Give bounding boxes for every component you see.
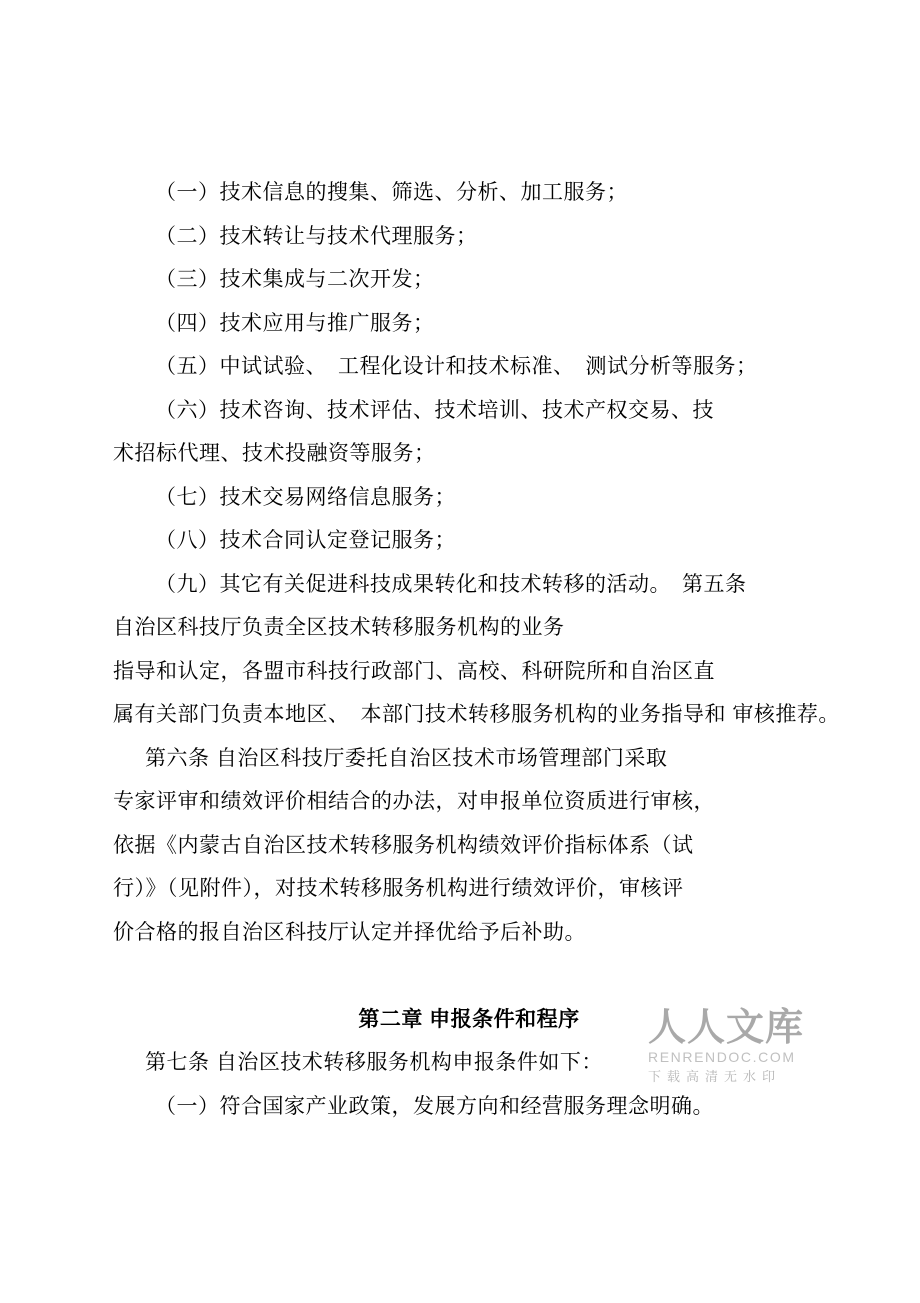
body-line: 属有关部门负责本地区、 本部门技术转移服务机构的业务指导和 审核推荐。: [113, 693, 825, 737]
body-line: 依据《内蒙古自治区技术转移服务机构绩效评价指标体系（试: [113, 824, 825, 868]
list-item-line: （一）符合国家产业政策，发展方向和经营服务理念明确。: [113, 1085, 825, 1129]
list-item-line: （三）技术集成与二次开发；: [113, 258, 825, 302]
article-line: 第六条 自治区科技厅委托自治区技术市场管理部门采取: [113, 737, 825, 781]
list-item-line: （二）技术转让与技术代理服务；: [113, 215, 825, 259]
body-line: 自治区科技厅负责全区技术转移服务机构的业务: [113, 606, 825, 650]
body-line: 指导和认定，各盟市科技行政部门、高校、科研院所和自治区直: [113, 650, 825, 694]
list-item-line: （五）中试试验、 工程化设计和技术标准、 测试分析等服务；: [113, 345, 825, 389]
list-item-line: （九）其它有关促进科技成果转化和技术转移的活动。 第五条: [113, 563, 825, 607]
chapter-heading: 第二章 申报条件和程序: [113, 998, 825, 1042]
list-item-line: （八）技术合同认定登记服务；: [113, 519, 825, 563]
body-line: 行）》（见附件），对技术转移服务机构进行绩效评价，审核评: [113, 867, 825, 911]
document-text-body: （一）技术信息的搜集、筛选、分析、加工服务；（二）技术转让与技术代理服务；（三）…: [113, 171, 825, 1128]
list-item-line: （一）技术信息的搜集、筛选、分析、加工服务；: [113, 171, 825, 215]
body-line: 价合格的报自治区科技厅认定并择优给予后补助。: [113, 911, 825, 955]
list-item-line: （四）技术应用与推广服务；: [113, 302, 825, 346]
document-page: （一）技术信息的搜集、筛选、分析、加工服务；（二）技术转让与技术代理服务；（三）…: [0, 0, 920, 1303]
list-item-line: （六）技术咨询、技术评估、技术培训、技术产权交易、技: [113, 389, 825, 433]
article-line: 第七条 自治区技术转移服务机构申报条件如下：: [113, 1041, 825, 1085]
list-item-line: （七）技术交易网络信息服务；: [113, 476, 825, 520]
blank-line: [113, 954, 825, 998]
body-line: 专家评审和绩效评价相结合的办法，对申报单位资质进行审核，: [113, 780, 825, 824]
body-line: 术招标代理、技术投融资等服务；: [113, 432, 825, 476]
